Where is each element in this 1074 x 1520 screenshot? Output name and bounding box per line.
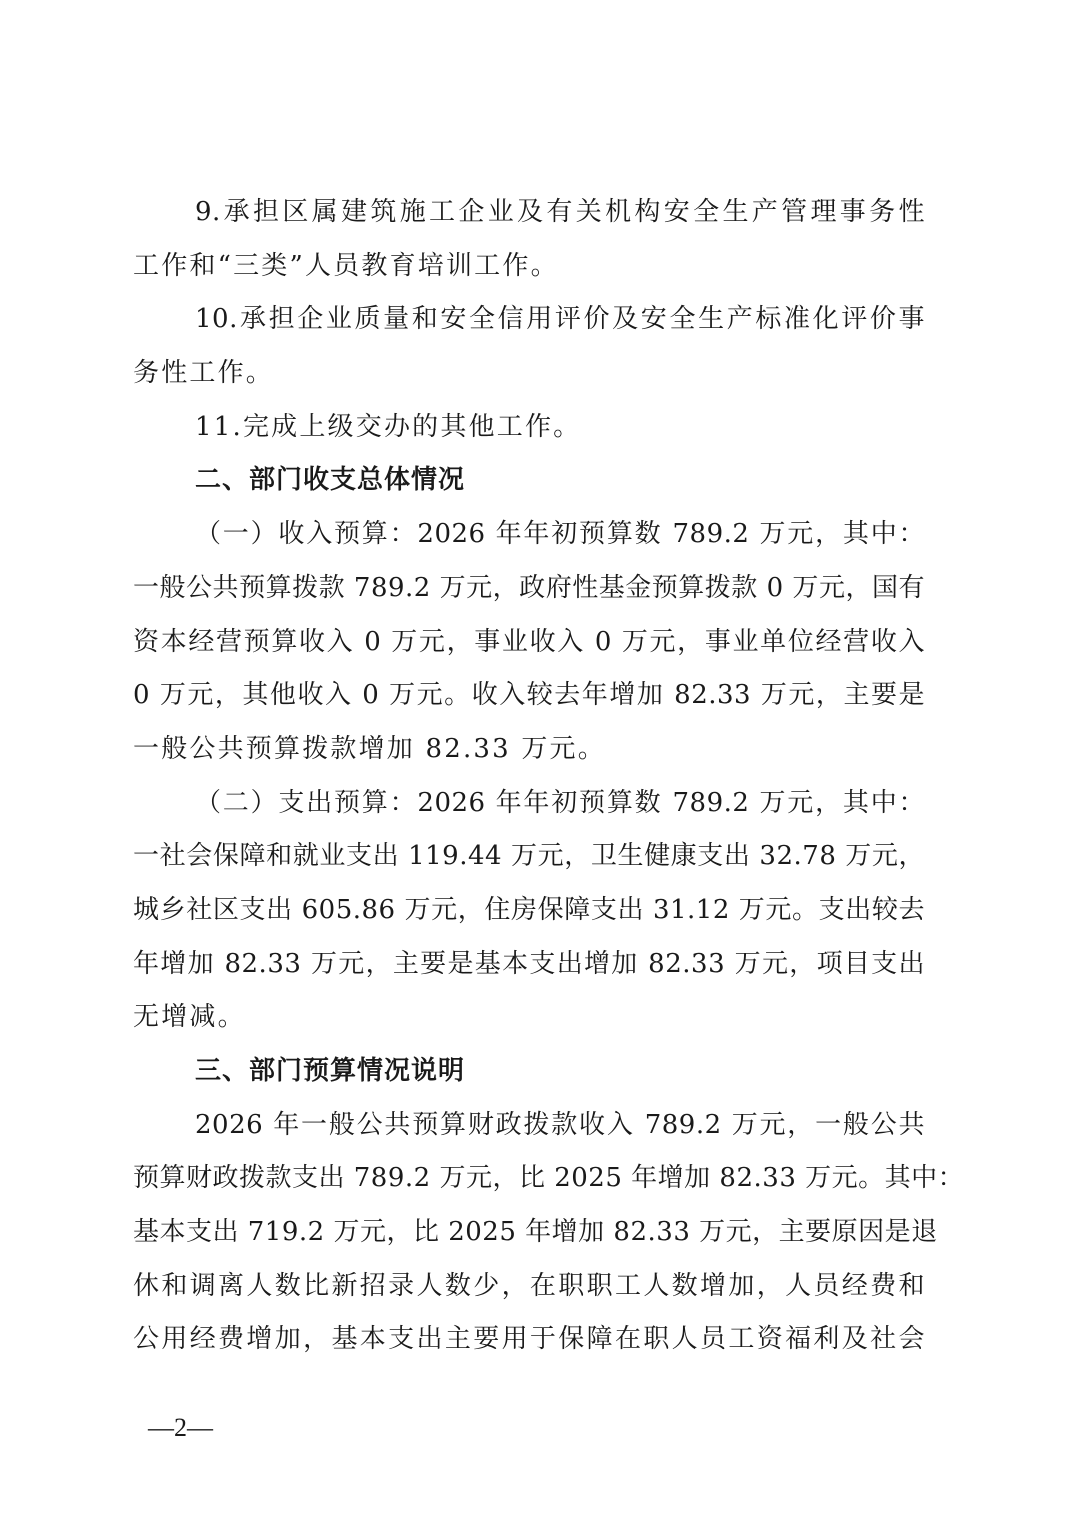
document-page: 9.承担区属建筑施工企业及有关机构安全生产管理事务性 工作和“三类”人员教育培训… [0,0,1074,1520]
expense-budget-line-1: （二）支出预算：2026 年年初预算数 789.2 万元，其中： [133,777,925,831]
paragraph-item-9-line-1: 9.承担区属建筑施工企业及有关机构安全生产管理事务性 [133,186,925,240]
income-budget-line-5: 一般公共预算拨款增加 82.33 万元。 [133,723,925,777]
budget-explanation-line-2: 预算财政拨款支出 789.2 万元，比 2025 年增加 82.33 万元。其中… [133,1152,925,1206]
budget-explanation-line-5: 公用经费增加，基本支出主要用于保障在职人员工资福利及社会 [133,1313,925,1367]
income-budget-line-2: 一般公共预算拨款 789.2 万元，政府性基金预算拨款 0 万元，国有 [133,562,925,616]
expense-budget-line-5: 无增减。 [133,991,925,1045]
income-budget-line-4: 0 万元，其他收入 0 万元。收入较去年增加 82.33 万元，主要是 [133,669,925,723]
expense-budget-line-4: 年增加 82.33 万元，主要是基本支出增加 82.33 万元，项目支出 [133,938,925,992]
paragraph-item-9-line-2: 工作和“三类”人员教育培训工作。 [133,240,925,294]
expense-budget-line-3: 城乡社区支出 605.86 万元，住房保障支出 31.12 万元。支出较去 [133,884,925,938]
section-heading-3: 三、部门预算情况说明 [133,1045,925,1099]
budget-explanation-line-1: 2026 年一般公共预算财政拨款收入 789.2 万元，一般公共 [133,1099,925,1153]
income-budget-line-3: 资本经营预算收入 0 万元，事业收入 0 万元，事业单位经营收入 [133,616,925,670]
paragraph-item-10-line-2: 务性工作。 [133,347,925,401]
section-heading-2: 二、部门收支总体情况 [133,454,925,508]
budget-explanation-line-3: 基本支出 719.2 万元，比 2025 年增加 82.33 万元，主要原因是退 [133,1206,925,1260]
expense-budget-line-2: 一社会保障和就业支出 119.44 万元，卫生健康支出 32.78 万元， [133,830,925,884]
income-budget-line-1: （一）收入预算：2026 年年初预算数 789.2 万元，其中： [133,508,925,562]
document-body: 9.承担区属建筑施工企业及有关机构安全生产管理事务性 工作和“三类”人员教育培训… [133,186,925,1367]
paragraph-item-11: 11.完成上级交办的其他工作。 [133,401,925,455]
budget-explanation-line-4: 休和调离人数比新招录人数少，在职职工人数增加，人员经费和 [133,1260,925,1314]
paragraph-item-10-line-1: 10.承担企业质量和安全信用评价及安全生产标准化评价事 [133,293,925,347]
page-number: —2— [148,1412,213,1444]
